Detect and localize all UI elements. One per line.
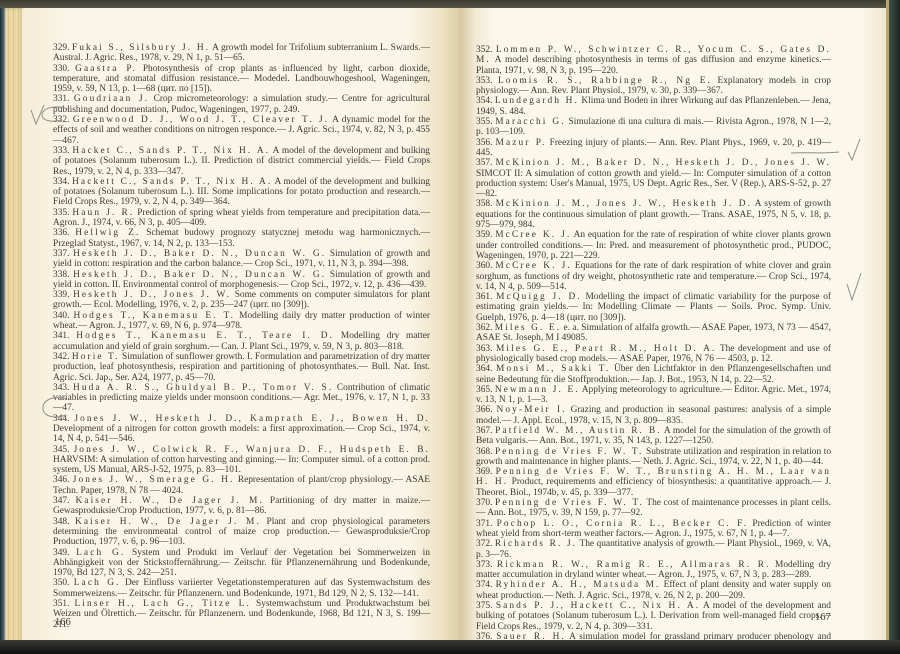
bibliography-entry: 371. Pochop L. O., Cornia R. L., Becker …	[476, 519, 831, 540]
entry-number: 354.	[476, 96, 492, 106]
entry-text: HARVSIM: A simulation of cotton harvesti…	[53, 455, 430, 475]
bibliography-entry: 352. Lommen P. W., Schwintzer C. R., Yoc…	[476, 45, 831, 76]
bibliography-entry: 333. Hacket C., Sands P. T., Nix H. A. A…	[53, 146, 430, 177]
entry-authors: McCree K. J.	[495, 261, 571, 271]
entry-authors: Fukai S., Silsbury J. H.	[72, 43, 210, 53]
bibliography-entry: 362. Miles G. E. e. a. Simulation of alf…	[476, 323, 831, 344]
entry-number: 346.	[53, 475, 69, 485]
entry-authors: Horie T.	[72, 352, 120, 362]
entry-number: 335.	[53, 208, 69, 218]
bibliography-entry: 330. Gaastra P. Photosynthesis of crop p…	[53, 64, 430, 95]
bibliography-entry: 340. Hodges T., Kanemasu E. T. Modelling…	[53, 311, 430, 332]
entry-number: 352.	[476, 45, 492, 55]
entry-authors: Goudriaan J.	[74, 94, 149, 104]
entry-number: 332.	[53, 115, 69, 125]
bibliography-entry: 364. Monsi M., Sakki T. Über den Lichtfa…	[476, 364, 831, 385]
entry-authors: Hesketh J. D., Baker D. N., Duncan W. G.	[73, 249, 326, 259]
bibliography-entry: 374. Ryhinder A. H., Matsuda M. Effect o…	[476, 580, 831, 601]
entry-authors: Sands P. J., Hackett C., Nix H. A.	[496, 601, 700, 611]
entry-authors: Hodges T., Kanemasu E. T.	[73, 311, 235, 321]
bibliography-entry: 347. Kaiser H. W., De Jager J. M. Partit…	[53, 496, 430, 517]
bibliography-entry: 358. McKinion J. M., Jones J. W., Hesket…	[476, 199, 831, 230]
bibliography-entry: 332. Greenwood D. J., Wood J. T., Cleave…	[53, 115, 430, 146]
entry-text: A model describing photosynthesis in ter…	[476, 55, 831, 75]
right-page: 352. Lommen P. W., Schwintzer C. R., Yoc…	[462, 8, 886, 644]
entry-authors: Hodges T., Kanemasu E. T., Teare I. D.	[76, 331, 334, 341]
entry-authors: Richards R. J.	[495, 539, 577, 549]
entry-authors: McCree K. J.	[495, 230, 571, 240]
entry-authors: Noy-Meir I.	[496, 405, 566, 415]
entry-authors: Haun J. R.	[72, 208, 134, 218]
entry-number: 344.	[53, 414, 69, 424]
entry-number: 371.	[476, 519, 492, 529]
bibliography-entry: 353. Loomis R. S., Rabbinge R., Ng E. Ex…	[476, 76, 831, 97]
bibliography-entry: 366. Noy-Meir I. Grazing and production …	[476, 405, 831, 426]
entry-authors: Newmann J. E.	[495, 385, 580, 395]
bibliography-entry: 360. McCree K. J. Equations for the rate…	[476, 261, 831, 292]
entry-authors: Maracchi G.	[495, 117, 565, 127]
entry-authors: Rickman R. W., Ramig R. E., Allmaras R. …	[497, 560, 771, 570]
entry-authors: Kaiser H. W., De Jager J. M.	[75, 517, 261, 527]
entry-authors: Hellwig Z.	[75, 228, 140, 238]
entry-number: 364.	[476, 364, 492, 374]
entry-number: 355.	[476, 117, 492, 127]
entry-number: 366.	[476, 405, 492, 415]
bibliography-entry: 339. Hesketh J. D., Jones J. W. Some com…	[53, 290, 430, 311]
book-cover-edge-right	[886, 0, 900, 654]
entry-number: 341.	[53, 331, 69, 341]
entry-authors: Patfield W. M., Austin R. B.	[495, 426, 661, 436]
entry-number: 331.	[53, 94, 69, 104]
entry-number: 368.	[476, 447, 492, 457]
bibliography-entry: 361. McQuigg J. D. Modelling the impact …	[476, 292, 831, 323]
entry-number: 339.	[53, 290, 69, 300]
bibliography-entry: 343. Huda A. R. S., Ghuldyal B. P., Tomo…	[53, 383, 430, 414]
bibliography-entry: 337. Hesketh J. D., Baker D. N., Duncan …	[53, 249, 430, 270]
bibliography-entry: 350. Lach G. Der Einfluss variierter Veg…	[53, 578, 430, 599]
entry-authors: Hesketh J. D., Jones J. W.	[73, 290, 231, 300]
entry-authors: Lundegardh H.	[495, 96, 579, 106]
bibliography-entry: 341. Hodges T., Kanemasu E. T., Teare I.…	[53, 331, 430, 352]
bibliography-entry: 344. Jones J. W., Hesketh J. D., Kamprat…	[53, 414, 430, 445]
entry-authors: McKinion J. M., Jones J. W., Hesketh J. …	[496, 199, 752, 209]
bibliography-entry: 355. Maracchi G. Simulazione di una cult…	[476, 117, 831, 138]
entry-authors: Miles G. E.	[495, 323, 561, 333]
book-spread: 329. Fukai S., Silsbury J. H. A growth m…	[0, 0, 900, 654]
entry-number: 373.	[476, 560, 492, 570]
bibliography-entry: 356. Mazur P. Freezing injury of plants.…	[476, 138, 831, 159]
bibliography-entry: 370. Penning de Vries F. W. T. The cost …	[476, 498, 831, 519]
bibliography-entry: 345. Jones J. W., Colwick R. F., Wanjura…	[53, 445, 430, 476]
entry-authors: Jones J. W., Hesketh J. D., Kamprath E. …	[74, 414, 430, 424]
entry-number: 353.	[476, 76, 492, 86]
entry-number: 349.	[53, 548, 69, 558]
entry-number: 333.	[53, 146, 69, 156]
entry-authors: Penning de Vries F. W. T.	[495, 447, 644, 457]
bibliography-entry: 367. Patfield W. M., Austin R. B. A mode…	[476, 426, 831, 447]
entry-authors: Hacket C., Sands P. T., Nix H. A.	[72, 146, 270, 156]
entry-authors: Penning de Vries F. W. T.	[495, 498, 644, 508]
entry-authors: Miles G. E., Peart R. M., Holt D. A.	[496, 344, 716, 354]
entry-number: 372.	[476, 539, 492, 549]
bibliography-entry: 368. Penning de Vries F. W. T. Substrate…	[476, 447, 831, 468]
entry-authors: Huda A. R. S., Ghuldyal B. P., Tomor V. …	[73, 383, 333, 393]
left-page: 329. Fukai S., Silsbury J. H. A growth m…	[22, 8, 462, 644]
bibliography-entry: 372. Richards R. J. The quantitative ana…	[476, 539, 831, 560]
bibliography-entry: 359. McCree K. J. An equation for the ra…	[476, 230, 831, 261]
bibliography-entry: 336. Hellwig Z. Schemat budowy prognozy …	[53, 228, 430, 249]
entry-number: 370.	[476, 498, 492, 508]
bibliography-entry: 351. Linser H., Lach G., Titze L. System…	[53, 599, 430, 630]
entry-number: 363.	[476, 344, 492, 354]
entry-number: 375.	[476, 601, 492, 611]
page-number-right: 167	[815, 612, 831, 623]
entry-authors: Jones J. W., Smerage G. H.	[73, 475, 235, 485]
bibliography-entry: 369. Penning de Vries F. W. T., Brunstin…	[476, 467, 831, 498]
bibliography-entry: 375. Sands P. J., Hackett C., Nix H. A. …	[476, 601, 831, 632]
entry-number: 348.	[53, 517, 69, 527]
entry-number: 334.	[53, 177, 69, 187]
entry-authors: Lach G.	[74, 578, 121, 588]
bibliography-entry: 348. Kaiser H. W., De Jager J. M. Plant …	[53, 517, 430, 548]
bibliography-entry: 346. Jones J. W., Smerage G. H. Represen…	[53, 475, 430, 496]
entry-authors: McKinion J. M., Baker D. N., Hesketh J. …	[496, 158, 831, 168]
entry-number: 374.	[476, 580, 492, 590]
page-number-left: 166	[55, 617, 71, 628]
entry-authors: Hackett C., Sands P. T., Nix H. A.	[72, 177, 272, 187]
entry-authors: Mazur P.	[496, 138, 547, 148]
entry-number: 359.	[476, 230, 492, 240]
right-page-bibliography: 352. Lommen P. W., Schwintzer C. R., Yoc…	[476, 45, 831, 644]
bibliography-entry: 335. Haun J. R. Prediction of spring whe…	[53, 208, 430, 229]
entry-number: 357.	[476, 158, 492, 168]
entry-number: 369.	[476, 467, 492, 477]
entry-text: Development of a nitrogen for cotton gro…	[53, 424, 430, 444]
entry-authors: Hesketh J. D., Baker D. N., Duncan W. G.	[73, 270, 326, 280]
entry-authors: Gaastra P.	[75, 64, 137, 74]
entry-number: 358.	[476, 199, 492, 209]
entry-number: 345.	[53, 445, 69, 455]
entry-number: 356.	[476, 138, 492, 148]
entry-authors: Kaiser H. W., De Jager J. M.	[75, 496, 263, 506]
bibliography-entry: 342. Horie T. Simulation of sunflower gr…	[53, 352, 430, 383]
bottom-shadow	[0, 640, 900, 654]
bibliography-entry: 365. Newmann J. E. Applying meteorology …	[476, 385, 831, 406]
entry-text: Product, requirements and efficiency of …	[476, 477, 831, 497]
entry-number: 350.	[53, 578, 69, 588]
entry-number: 362.	[476, 323, 492, 333]
entry-authors: Greenwood D. J., Wood J. T., Cleaver T. …	[73, 115, 329, 125]
left-page-bibliography: 329. Fukai S., Silsbury J. H. A growth m…	[53, 43, 430, 630]
entry-number: 360.	[476, 261, 492, 271]
entry-number: 337.	[53, 249, 69, 259]
entry-number: 361.	[476, 292, 492, 302]
bibliography-entry: 363. Miles G. E., Peart R. M., Holt D. A…	[476, 344, 831, 365]
bibliography-entry: 338. Hesketh J. D., Baker D. N., Duncan …	[53, 270, 430, 291]
entry-authors: Loomis R. S., Rabbinge R., Ng E.	[498, 76, 712, 86]
entry-number: 365.	[476, 385, 492, 395]
bibliography-entry: 354. Lundegardh H. Klima und Boden in ih…	[476, 96, 831, 117]
entry-authors: Monsi M., Sakki T.	[496, 364, 610, 374]
entry-text: SIMCOT II: A simulation of cotton growth…	[476, 169, 831, 200]
entry-number: 347.	[53, 496, 69, 506]
entry-number: 329.	[53, 43, 69, 53]
entry-number: 330.	[53, 64, 69, 74]
entry-authors: Ryhinder A. H., Matsuda M.	[496, 580, 661, 590]
entry-authors: Pochop L. O., Cornia R. L., Becker C. F.	[497, 519, 749, 529]
entry-authors: Linser H., Lach G., Titze L.	[74, 599, 251, 609]
bibliography-entry: 331. Goudriaan J. Crop micrometeorology:…	[53, 94, 430, 115]
entry-authors: McQuigg J. D.	[496, 292, 582, 302]
page-stack-edge-left	[0, 8, 24, 644]
bibliography-entry: 329. Fukai S., Silsbury J. H. A growth m…	[53, 43, 430, 64]
entry-number: 336.	[53, 228, 69, 238]
entry-number: 338.	[53, 270, 69, 280]
bibliography-entry: 349. Lach G. System und Produkt im Verla…	[53, 548, 430, 579]
entry-number: 342.	[53, 352, 69, 362]
bibliography-entry: 334. Hackett C., Sands P. T., Nix H. A. …	[53, 177, 430, 208]
entry-number: 340.	[53, 311, 69, 321]
entry-authors: Lach G.	[76, 548, 125, 558]
entry-number: 343.	[53, 383, 69, 393]
bibliography-entry: 373. Rickman R. W., Ramig R. E., Allmara…	[476, 560, 831, 581]
entry-number: 351.	[53, 599, 69, 609]
entry-authors: Jones J. W., Colwick R. F., Wanjura D. F…	[74, 445, 430, 455]
entry-number: 367.	[476, 426, 492, 436]
bibliography-entry: 357. McKinion J. M., Baker D. N., Hesket…	[476, 158, 831, 199]
